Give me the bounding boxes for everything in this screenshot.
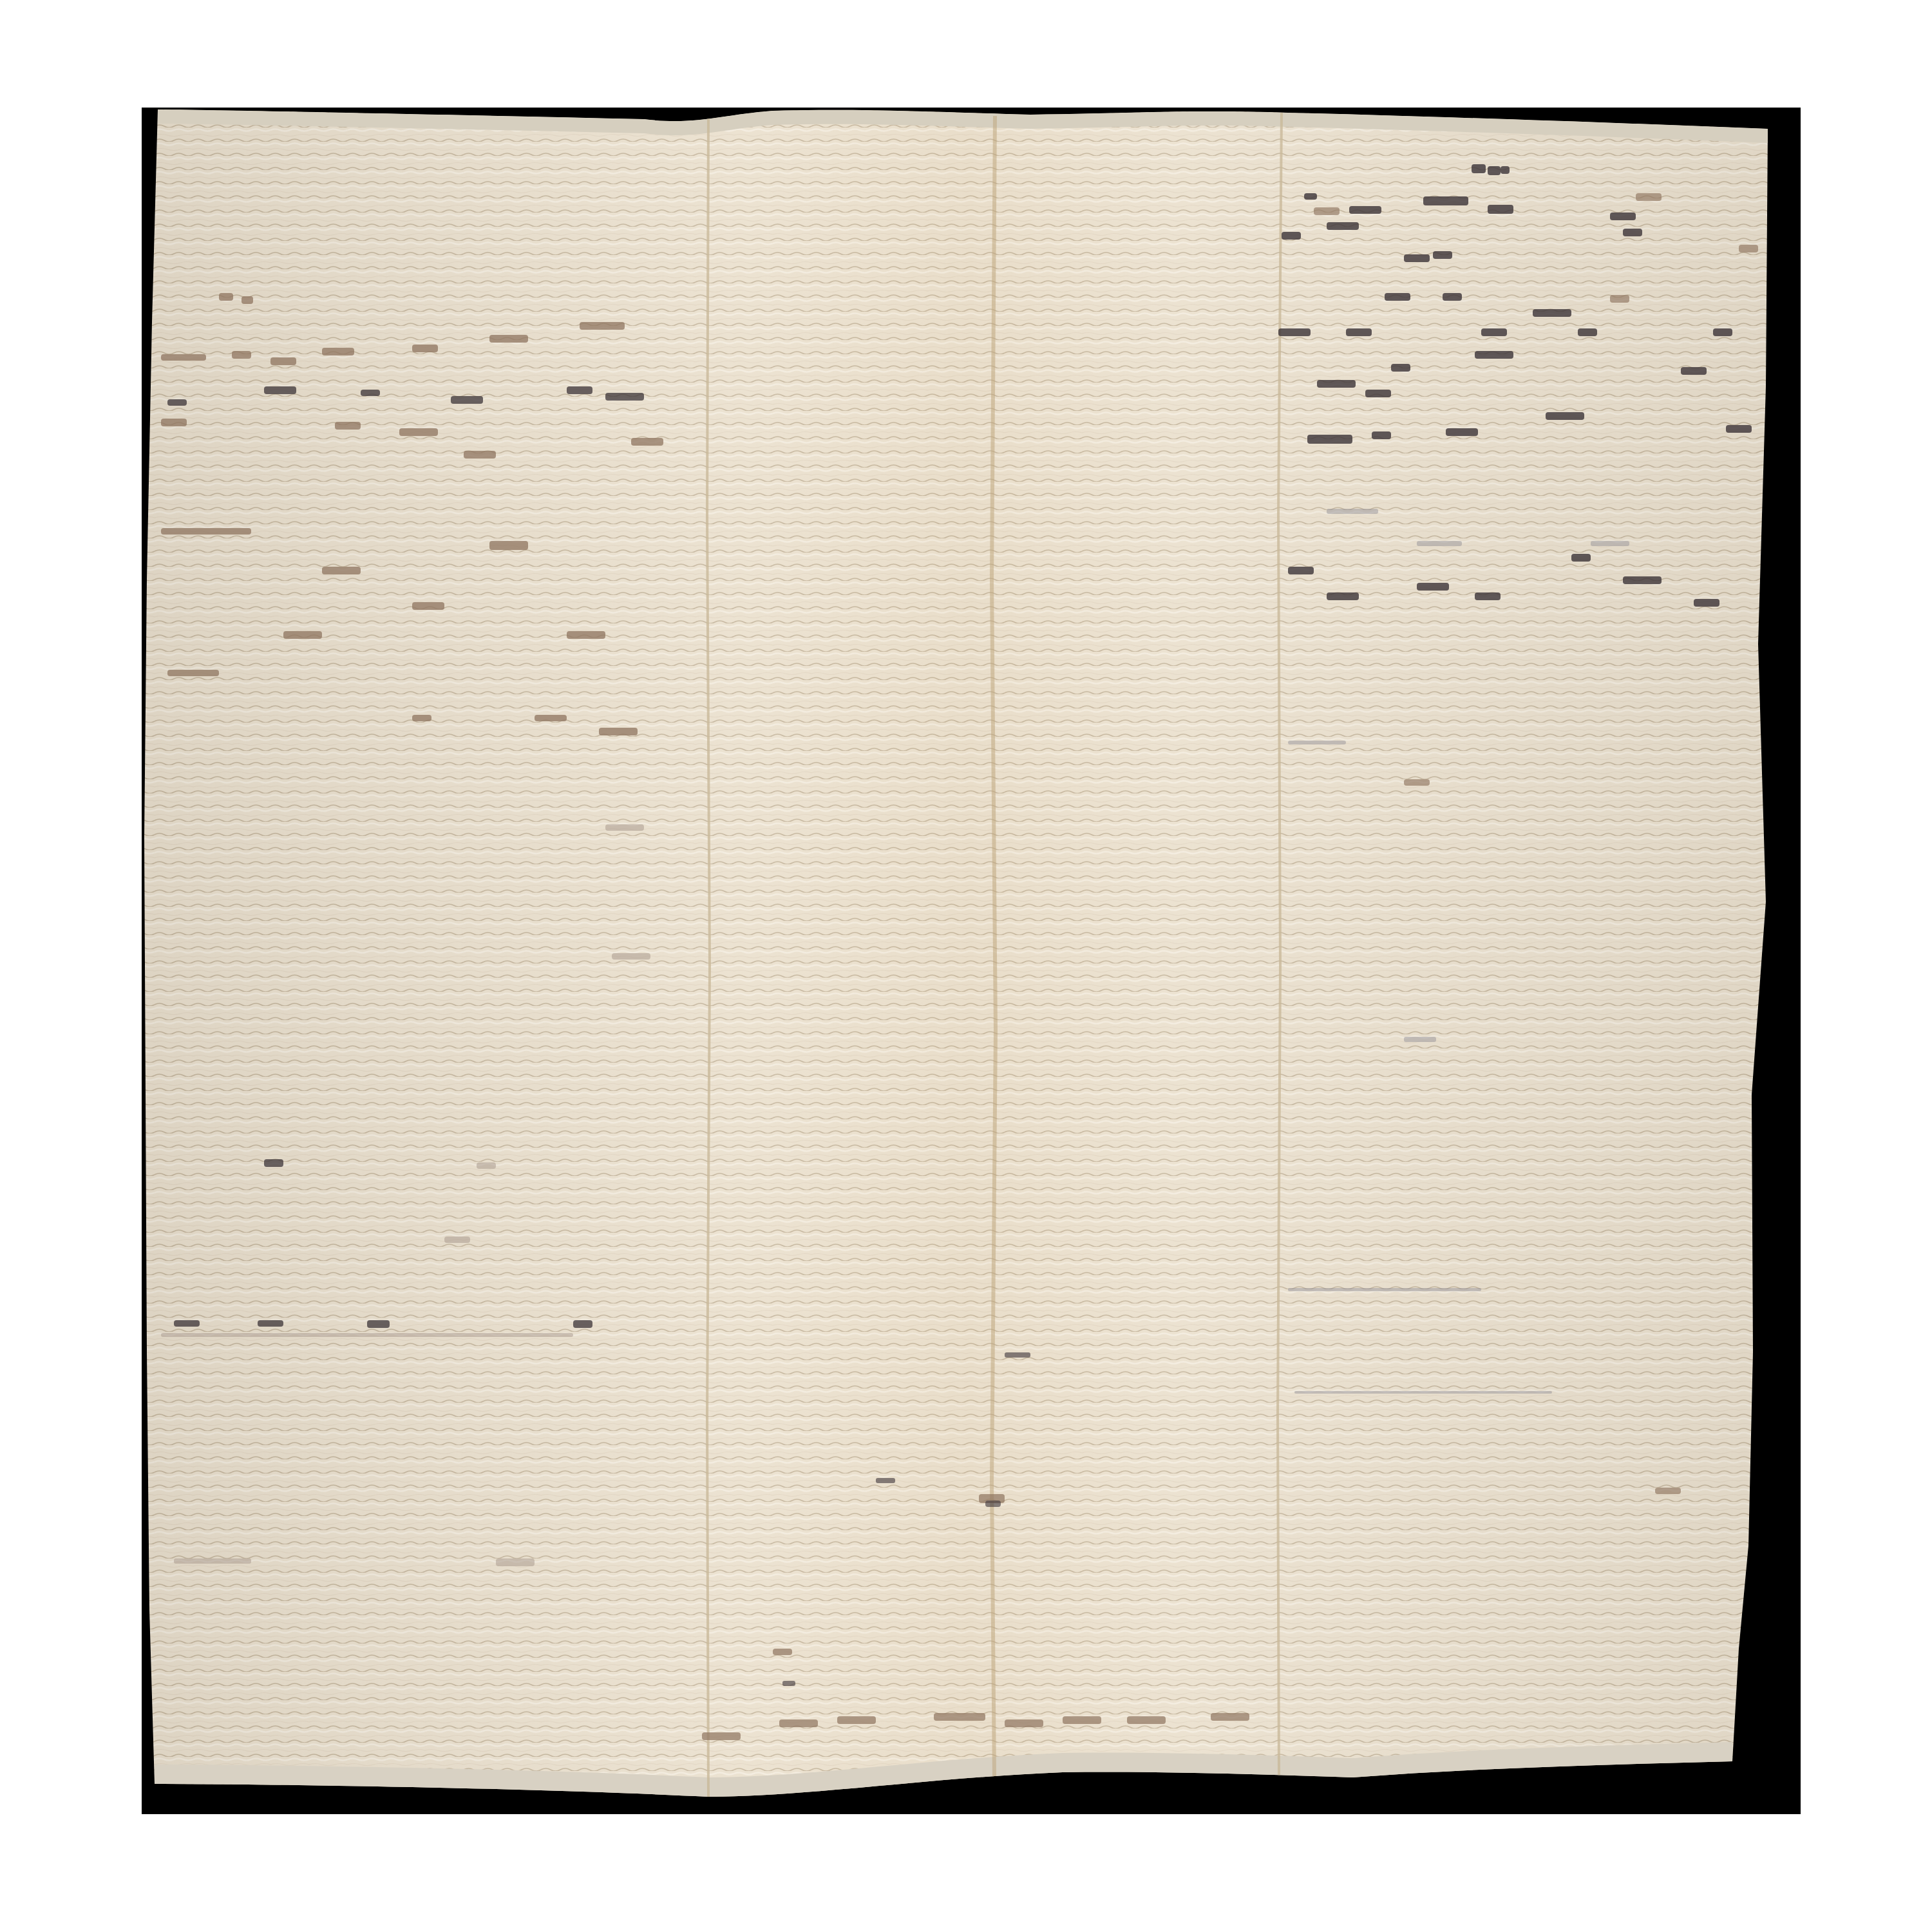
rug-photo bbox=[0, 0, 1932, 1932]
rug bbox=[129, 97, 1803, 1835]
